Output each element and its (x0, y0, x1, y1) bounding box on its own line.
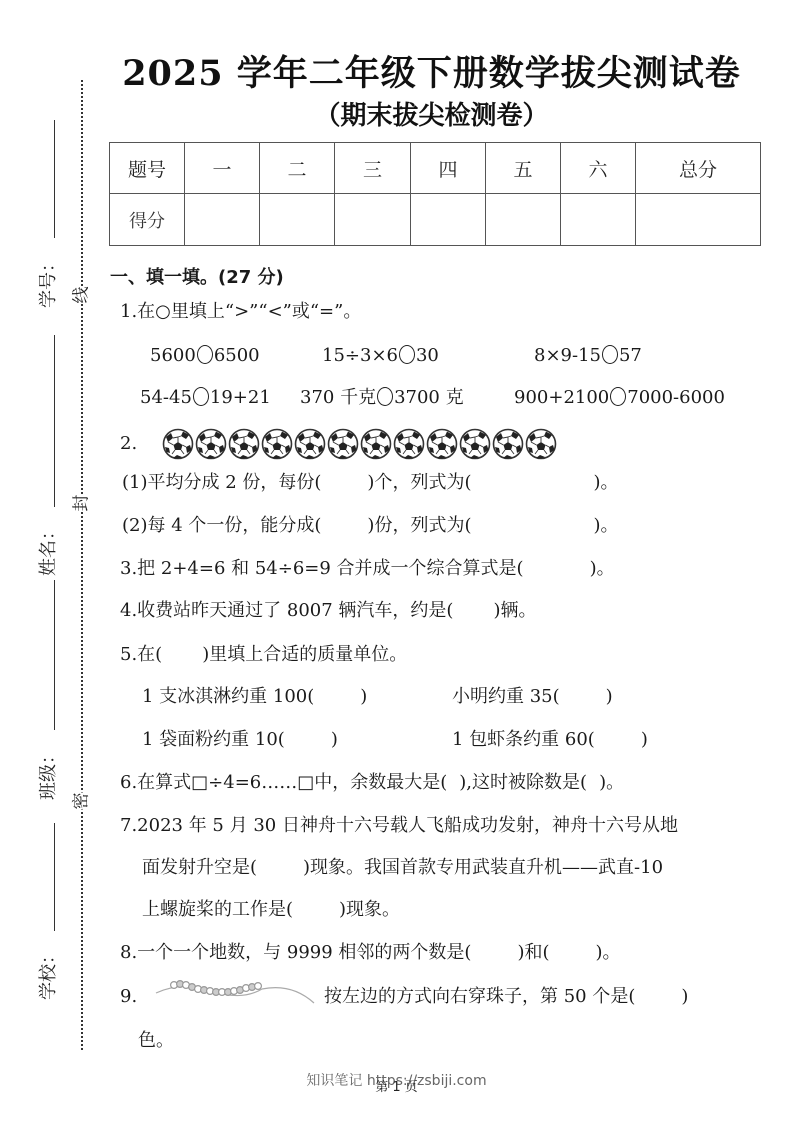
q7-text-2a: 面发射升空是( (142, 857, 257, 878)
q8-text-c: )。 (596, 942, 621, 963)
header-cell-1: 一 (185, 143, 260, 194)
score-row-label: 得分 (110, 194, 185, 246)
score-table: 题号 一 二 三 四 五 六 总分 得分 (109, 142, 761, 246)
q1-prompt: 1.在○里填上“>”“<”或“=”。 (120, 300, 361, 324)
header-cell-3: 三 (335, 143, 411, 194)
q5-item-1: 1 支冰淇淋约重 100() (142, 685, 367, 709)
score-table-header-row: 题号 一 二 三 四 五 六 总分 (110, 143, 761, 194)
q5-item-3: 1 袋面粉约重 10() (142, 728, 338, 752)
q1-item-3-left: 8×9-15 (534, 345, 601, 366)
bead-string-icon (152, 975, 318, 1015)
q8-text-a: 8.一个一个地数，与 9999 相邻的两个数是( (120, 942, 471, 963)
q1-item-5: 370 千克3700 克 (300, 386, 464, 410)
q7-line2: 面发射升空是()现象。我国首款专用武装直升机——武直-10 (142, 856, 663, 880)
soccer-ball-icon (459, 428, 491, 460)
q6: 6.在算式□÷4=6……□中，余数最大是(),这时被除数是()。 (120, 771, 624, 795)
q1-item-6-right: 7000-6000 (627, 387, 725, 408)
q5-close: ) (641, 729, 648, 750)
q5-prompt: 5.在()里填上合适的质量单位。 (120, 643, 407, 667)
seal-mark-line: 线 (73, 287, 91, 304)
q9-text-b: ) (681, 986, 688, 1007)
q9-text-a: 按左边的方式向右穿珠子，第 50 个是( (324, 986, 635, 1007)
q7-text-2b: )现象。我国首款专用武装直升机——武直-10 (303, 857, 663, 878)
soccer-ball-icon (261, 428, 293, 460)
soccer-ball-icon (327, 428, 359, 460)
q2-sub1-text-a: (1)平均分成 2 份，每份( (122, 472, 321, 493)
score-cell-6[interactable] (561, 194, 636, 246)
q7-line1: 7.2023 年 5 月 30 日神舟十六号载人飞船成功发射，神舟十六号从地 (120, 814, 678, 838)
section-heading: 一、填一填。(27 分) (110, 266, 284, 290)
q5-item-2: 小明约重 35() (452, 685, 613, 709)
compare-circle-blank[interactable] (193, 387, 209, 406)
score-cell-total[interactable] (636, 194, 761, 246)
q2-sub1-text-b: )个，列式为( (367, 472, 471, 493)
soccer-ball-icon (162, 428, 194, 460)
compare-circle-blank[interactable] (197, 345, 213, 364)
q2-sub2: (2)每 4 个一份，能分成()份，列式为()。 (122, 514, 619, 538)
class-label: 班级： (34, 750, 60, 800)
score-table-score-row: 得分 (110, 194, 761, 246)
score-cell-5[interactable] (486, 194, 561, 246)
q6-text-c: )。 (599, 772, 624, 793)
student-id-label: 学号： (34, 258, 60, 308)
q6-text-a: 6.在算式□÷4=6……□中，余数最大是( (120, 772, 447, 793)
q1-item-1-right: 6500 (214, 345, 260, 366)
q1-item-2-left: 15÷3×6 (322, 345, 398, 366)
score-cell-1[interactable] (185, 194, 260, 246)
header-cell-4: 四 (411, 143, 486, 194)
q5-text-b: )里填上合适的质量单位。 (202, 644, 407, 665)
compare-circle-blank[interactable] (602, 345, 618, 364)
soccer-ball-icon (492, 428, 524, 460)
q1-item-6-left: 900+2100 (514, 387, 609, 408)
soccer-ball-icon (360, 428, 392, 460)
q4: 4.收费站昨天通过了 8007 辆汽车，约是()辆。 (120, 599, 536, 623)
score-cell-2[interactable] (260, 194, 335, 246)
soccer-ball-icon (294, 428, 326, 460)
page-title: 2025 学年二年级下册数学拔尖测试卷 (0, 52, 793, 96)
q1-item-1-left: 5600 (150, 345, 196, 366)
q3-text-b: )。 (590, 558, 615, 579)
q5-item-4-text: 1 包虾条约重 60( (452, 729, 595, 750)
q5-close: ) (606, 686, 613, 707)
header-cell-total: 总分 (636, 143, 761, 194)
q6-text-b: ),这时被除数是( (459, 772, 587, 793)
q7-text-3b: )现象。 (339, 899, 400, 920)
q9-line2: 色。 (138, 1029, 174, 1053)
q9-number: 9. (120, 985, 137, 1009)
class-underline[interactable] (54, 580, 55, 730)
soccer-ball-icon (228, 428, 260, 460)
q5-close: ) (331, 729, 338, 750)
page-number: 第 1 页 (0, 1076, 793, 1095)
q5-item-4: 1 包虾条约重 60() (452, 728, 648, 752)
q7-text-3a: 上螺旋桨的工作是( (142, 899, 293, 920)
seal-mark-secret: 密 (73, 793, 91, 810)
q1-item-2-right: 30 (416, 345, 439, 366)
name-underline[interactable] (54, 335, 55, 507)
q1-item-2: 15÷3×630 (322, 344, 439, 368)
q5-item-1-text: 1 支冰淇淋约重 100( (142, 686, 314, 707)
soccer-ball-icon (393, 428, 425, 460)
soccer-ball-icon (195, 428, 227, 460)
q5-item-2-text: 小明约重 35( (452, 686, 560, 707)
q5-text-a: 5.在( (120, 644, 162, 665)
page-subtitle: （期末拔尖检测卷） (0, 98, 793, 134)
header-cell-2: 二 (260, 143, 335, 194)
q1-item-3: 8×9-1557 (534, 344, 642, 368)
q1-item-4: 54-4519+21 (140, 386, 271, 410)
header-cell-6: 六 (561, 143, 636, 194)
q5-close: ) (360, 686, 367, 707)
name-label: 姓名： (34, 526, 60, 576)
q1-item-1: 56006500 (150, 344, 260, 368)
score-cell-3[interactable] (335, 194, 411, 246)
q2-sub2-text-a: (2)每 4 个一份，能分成( (122, 515, 321, 536)
q1-item-5-left: 370 千克 (300, 387, 376, 408)
seal-mark-seal: 封 (73, 495, 91, 512)
q1-item-6: 900+21007000-6000 (514, 386, 725, 410)
q9-text: 按左边的方式向右穿珠子，第 50 个是() (324, 985, 688, 1009)
compare-circle-blank[interactable] (377, 387, 393, 406)
q1-item-4-left: 54-45 (140, 387, 192, 408)
compare-circle-blank[interactable] (610, 387, 626, 406)
q3-text-a: 3.把 2+4=6 和 54÷6=9 合并成一个综合算式是( (120, 558, 524, 579)
q2-sub2-text-b: )份，列式为( (367, 515, 471, 536)
q3: 3.把 2+4=6 和 54÷6=9 合并成一个综合算式是()。 (120, 557, 615, 581)
soccer-ball-row (162, 428, 557, 460)
soccer-ball-icon (426, 428, 458, 460)
q2-number: 2. (120, 432, 137, 456)
header-cell-question-no: 题号 (110, 143, 185, 194)
q1-item-5-right: 3700 克 (394, 387, 464, 408)
soccer-ball-icon (525, 428, 557, 460)
q2-sub1-text-c: )。 (593, 472, 618, 493)
q4-text-a: 4.收费站昨天通过了 8007 辆汽车，约是( (120, 600, 453, 621)
compare-circle-blank[interactable] (399, 345, 415, 364)
school-label: 学校： (34, 950, 60, 1000)
header-cell-5: 五 (486, 143, 561, 194)
q2-sub1: (1)平均分成 2 份，每份()个，列式为()。 (122, 471, 619, 495)
q8: 8.一个一个地数，与 9999 相邻的两个数是()和()。 (120, 941, 621, 965)
footer: 知识笔记 https://zsbiji.com 第 1 页 (0, 1070, 793, 1090)
q1-item-4-right: 19+21 (210, 387, 271, 408)
q1-item-3-right: 57 (619, 345, 642, 366)
student-id-underline[interactable] (54, 120, 55, 238)
q4-text-b: )辆。 (493, 600, 536, 621)
q8-text-b: )和( (517, 942, 549, 963)
q5-item-3-text: 1 袋面粉约重 10( (142, 729, 285, 750)
score-cell-4[interactable] (411, 194, 486, 246)
binding-dashed-line (81, 80, 83, 1050)
q2-sub2-text-c: )。 (593, 515, 618, 536)
q7-line3: 上螺旋桨的工作是()现象。 (142, 898, 400, 922)
school-underline[interactable] (54, 823, 55, 931)
